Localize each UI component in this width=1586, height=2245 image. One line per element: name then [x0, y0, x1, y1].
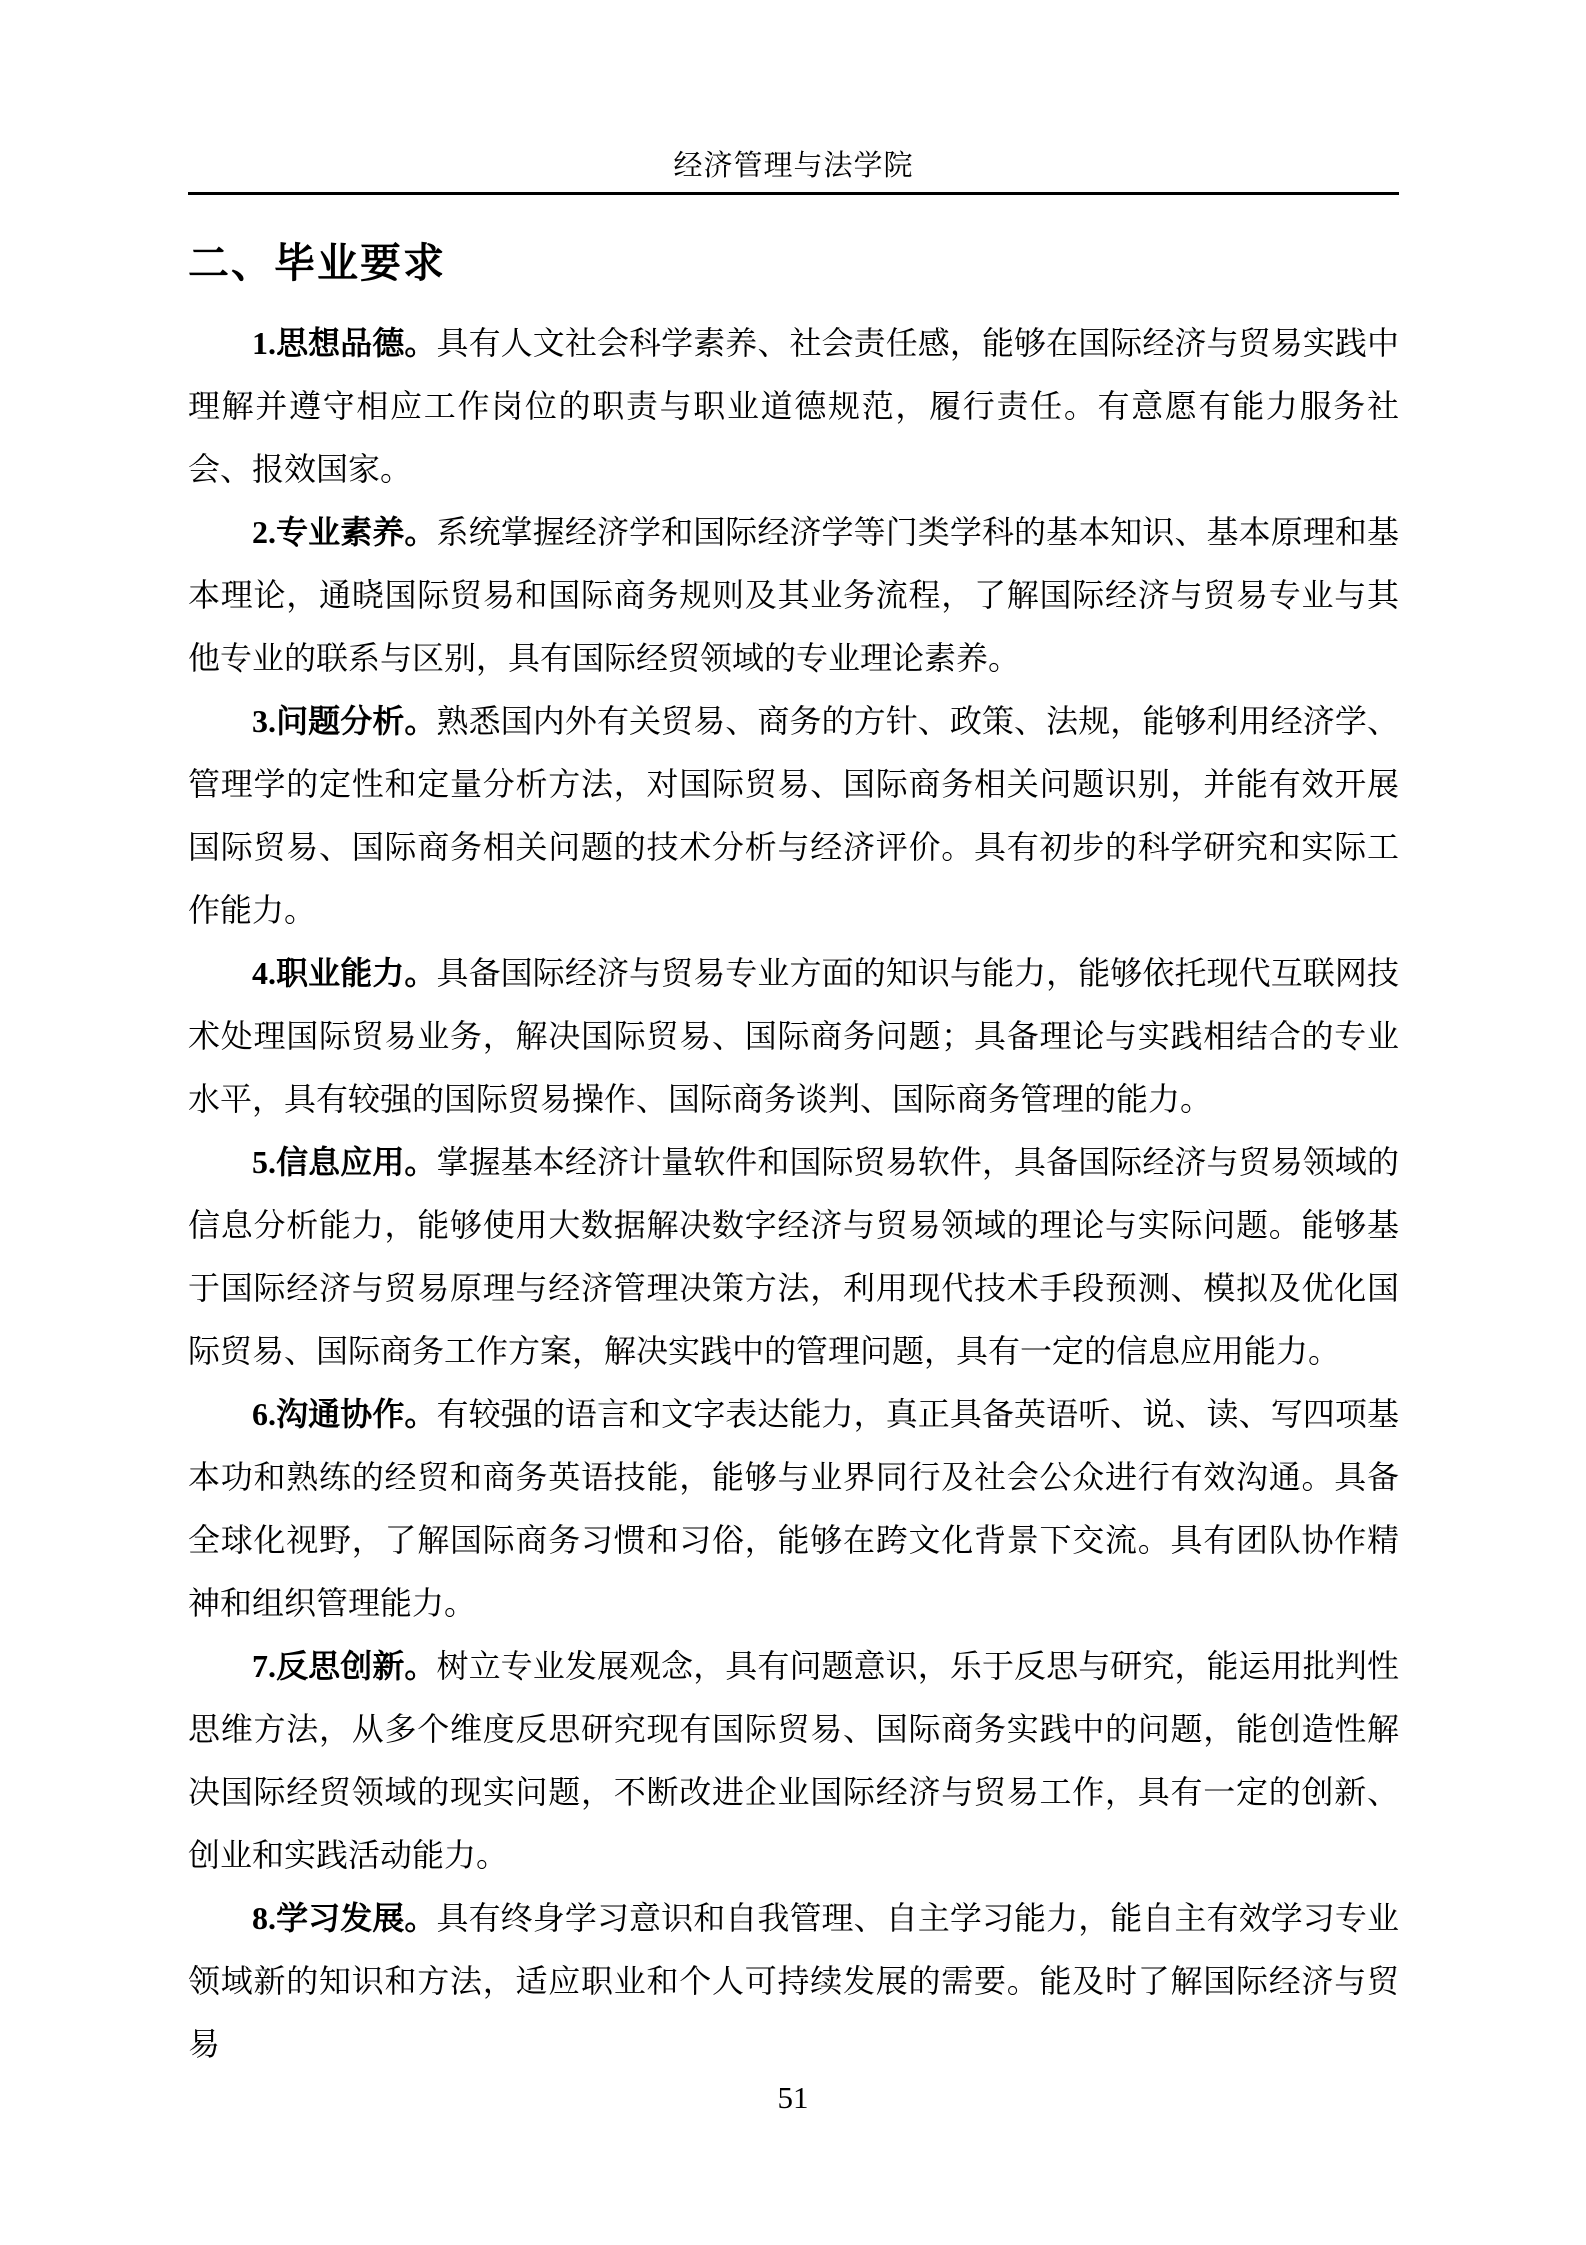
- header-divider: [188, 192, 1399, 195]
- paragraph-lead: 7.反思创新。: [252, 1648, 437, 1684]
- requirement-paragraph: 5.信息应用。掌握基本经济计量软件和国际贸易软件，具备国际经济与贸易领域的信息分…: [188, 1131, 1399, 1383]
- document-page: 经济管理与法学院 二、毕业要求 1.思想品德。具有人文社会科学素养、社会责任感，…: [0, 0, 1586, 2245]
- requirement-paragraph: 7.反思创新。树立专业发展观念，具有问题意识，乐于反思与研究，能运用批判性思维方…: [188, 1635, 1399, 1887]
- paragraph-lead: 8.学习发展。: [252, 1900, 437, 1936]
- page-number: 51: [0, 2078, 1586, 2118]
- paragraph-lead: 2.专业素养。: [252, 514, 437, 550]
- requirement-paragraph: 6.沟通协作。有较强的语言和文字表达能力，真正具备英语听、说、读、写四项基本功和…: [188, 1383, 1399, 1635]
- paragraph-lead: 5.信息应用。: [252, 1144, 437, 1180]
- paragraph-lead: 3.问题分析。: [252, 703, 437, 739]
- paragraph-lead: 1.思想品德。: [252, 325, 437, 361]
- paragraph-lead: 6.沟通协作。: [252, 1396, 437, 1432]
- page-content: 经济管理与法学院 二、毕业要求 1.思想品德。具有人文社会科学素养、社会责任感，…: [188, 0, 1399, 2076]
- requirement-paragraph: 4.职业能力。具备国际经济与贸易专业方面的知识与能力，能够依托现代互联网技术处理…: [188, 942, 1399, 1131]
- requirements-body: 1.思想品德。具有人文社会科学素养、社会责任感，能够在国际经济与贸易实践中理解并…: [188, 312, 1399, 2076]
- paragraph-lead: 4.职业能力。: [252, 955, 437, 991]
- requirement-paragraph: 2.专业素养。系统掌握经济学和国际经济学等门类学科的基本知识、基本原理和基本理论…: [188, 501, 1399, 690]
- requirement-paragraph: 1.思想品德。具有人文社会科学素养、社会责任感，能够在国际经济与贸易实践中理解并…: [188, 312, 1399, 501]
- section-title: 二、毕业要求: [188, 241, 1399, 285]
- page-header-title: 经济管理与法学院: [188, 147, 1399, 185]
- requirement-paragraph: 3.问题分析。熟悉国内外有关贸易、商务的方针、政策、法规，能够利用经济学、管理学…: [188, 690, 1399, 942]
- requirement-paragraph: 8.学习发展。具有终身学习意识和自我管理、自主学习能力，能自主有效学习专业领域新…: [188, 1887, 1399, 2076]
